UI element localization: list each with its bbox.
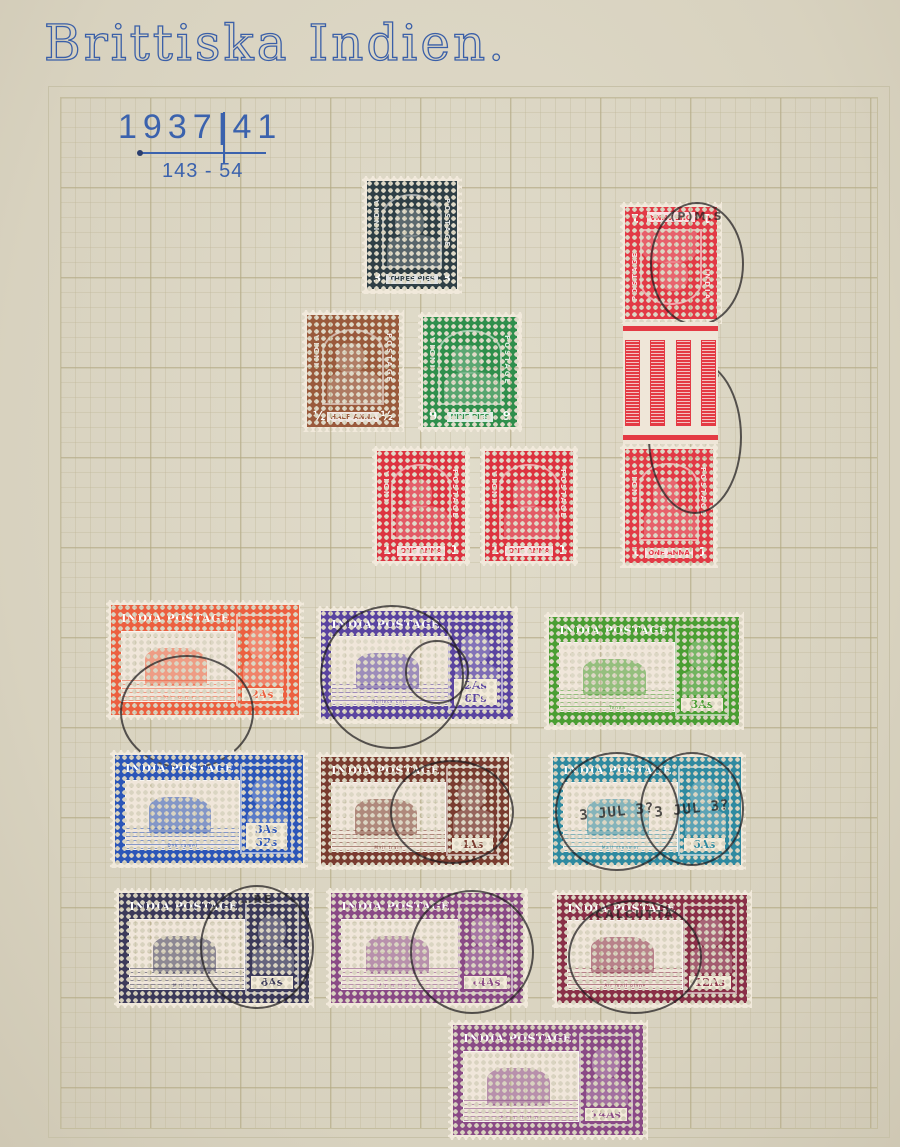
stamp-value-row: 3 THREE PIES 3 [370, 272, 454, 284]
scene-subject [587, 799, 649, 836]
king-portrait: 12As [683, 904, 737, 994]
portrait-bust [644, 506, 697, 538]
portrait-head [688, 640, 716, 669]
stamp-corner-value: ½ [313, 410, 325, 422]
stamp-scene: Bullock cart [331, 636, 448, 705]
scene-caption: Mail lorry [130, 983, 244, 988]
scene-caption: Bullock cart [332, 699, 447, 704]
portrait-head [248, 628, 276, 658]
portrait-head [395, 208, 424, 237]
portrait-bust [444, 372, 500, 403]
stamp-country-right: POSTAGE [559, 469, 567, 519]
stamp-country: INDIA POSTAGE [567, 902, 681, 915]
stamp-country: INDIA POSTAGE [331, 618, 446, 631]
stamp-country-right: POSTAGE [451, 469, 459, 519]
stamp-scene: Air mail plane [567, 920, 683, 989]
portrait-head [690, 780, 718, 809]
page-title: Brittiska Indien. [44, 14, 507, 72]
stamp-s15: INDIA POSTAGE Air mail plane 14As [326, 888, 528, 1008]
stamp-country: INDIA POSTAGE [341, 900, 456, 913]
stamp-frame: INDIA POSTAGE Dak runner 2As [111, 605, 299, 715]
stamp-value-row: 1 ONE ANNA 1 [488, 544, 570, 556]
scene-subject [149, 797, 211, 834]
scene-subject [356, 653, 419, 690]
gutter-bar-top [623, 326, 718, 331]
scene-subject [366, 936, 429, 974]
scene-caption: Mail train [332, 845, 445, 850]
stamp-frame: INDIA POSTAGE Air mail plane 14As [331, 893, 523, 1003]
portrait-head [336, 343, 365, 373]
scene-subject [153, 936, 216, 974]
stamp-country-left: INDIA [491, 469, 499, 501]
scene-caption: Air mail plane [568, 983, 682, 988]
scene-subject [145, 648, 207, 686]
portrait-head [659, 261, 688, 291]
scene-caption: Mail steamer [564, 845, 677, 850]
stamp-country-left: INDIA [429, 335, 437, 367]
stamp-value-name: ONE ANNA [645, 548, 693, 558]
stamp-s5: INDIA POSTAGE 1 ONE ANNA 1 [480, 446, 578, 566]
portrait-bust [682, 669, 724, 695]
stamp-value-row: 9 NINE PIES 9 [426, 410, 514, 422]
portrait-bust [685, 809, 726, 835]
stamp-country: INDIA POSTAGE [559, 624, 673, 637]
king-portrait: 2As 6Ps [448, 620, 502, 710]
scene-caption: Air mail plane [342, 983, 457, 988]
stamp-frame: INDIA POSTAGE Mail steamer 6As [553, 757, 741, 865]
scene-subject [355, 799, 417, 836]
portrait-head [258, 916, 286, 946]
stamp-s3: INDIA POSTAGE 9 NINE PIES 9 [418, 312, 522, 432]
king-portrait: 3As [675, 626, 729, 716]
stamp-value-name: NINE PIES [447, 412, 492, 422]
portrait-bust [396, 506, 449, 537]
stamp-country-left: INDIA [313, 333, 321, 365]
stamp-corner-value: 9 [429, 410, 437, 422]
stamp-country: INDIA POSTAGE [463, 1032, 577, 1045]
stamp-frame: INDIA POSTAGE Air mail plane 14As [453, 1025, 643, 1135]
king-portrait: 8As [245, 902, 299, 994]
stamp-s2: INDIA POSTAGE ½ HALF ANNA ½ [302, 310, 404, 432]
stamp-frame: INDIA POSTAGE 9 NINE PIES 9 [423, 317, 517, 427]
king-portrait: 14As [458, 902, 512, 994]
king-portrait: 6As [678, 766, 731, 856]
gutter-stripe [701, 340, 716, 426]
portrait-head [696, 918, 724, 947]
stamp-country-left: INDIA [631, 467, 639, 499]
stamp-value-name: HALF ANNA [327, 412, 379, 422]
stamp-corner-value: 1 [383, 544, 391, 556]
stamp-value-row: 1 ONE ANNA 1 [628, 212, 714, 224]
portrait-head [452, 345, 482, 374]
stamp-corner-value: 1 [699, 546, 707, 558]
portrait-head [458, 780, 486, 809]
stamp-s8: INDIA POSTAGE Dak runner 2As [106, 600, 304, 720]
stamp-corner-value: 3 [443, 272, 451, 284]
stamp-s1: INDIA POSTAGE 3 THREE PIES 3 [362, 176, 462, 294]
stamp-country-left: INDIA [703, 269, 711, 301]
stamp-corner-value: 3 [373, 272, 381, 284]
stamp-frame: INDIA POSTAGE Mail train 4As [321, 757, 509, 865]
stamp-country-left: INDIA [373, 198, 381, 230]
stamp-frame: INDIA POSTAGE 3 THREE PIES 3 [367, 181, 457, 289]
stamp-s13: INDIA POSTAGE Mail steamer 6As [548, 752, 746, 870]
stamp-scene: Tonga [559, 642, 675, 711]
king-portrait: 2As [236, 614, 289, 706]
portrait-bust [465, 946, 507, 972]
stamp-scene: Air mail plane [341, 919, 458, 990]
catalogue-range: 143 - 54 [162, 160, 243, 183]
stamp-country-right: POSTAGE [385, 333, 393, 383]
stamp-frame: INDIA POSTAGE 1 ONE ANNA 1 [625, 449, 713, 563]
portrait-bust [252, 946, 294, 972]
portrait-bust [642, 231, 697, 263]
stamp-value-name: ONE ANNA [647, 212, 695, 222]
stamp-s11: INDIA POSTAGE Dak camel 3As 6Ps [110, 750, 308, 868]
stamp-frame: INDIA POSTAGE 1 ONE ANNA 1 [377, 451, 465, 561]
portrait-bust [504, 506, 557, 537]
stamp-value-name: THREE PIES [386, 274, 438, 284]
gutter-margin [623, 322, 718, 444]
portrait-bust [243, 658, 284, 684]
stamp-scene: Mail train [331, 782, 446, 851]
scene-subject [583, 659, 646, 696]
stamp-corner-value: 1 [631, 546, 639, 558]
stamp-s16: INDIA POSTAGE Air mail plane 12As [552, 890, 752, 1008]
stamp-value: 3As [681, 698, 723, 711]
stamp-country: INDIA POSTAGE [125, 762, 238, 775]
portrait-head [461, 634, 489, 663]
stamp-value-row: 1 ONE ANNA 1 [628, 546, 710, 558]
scene-subject [591, 937, 654, 974]
stamp-corner-value: 1 [451, 544, 459, 556]
stamp-corner-value: 1 [703, 212, 711, 224]
portrait-head [592, 1048, 620, 1078]
stamp-country-right: POSTAGE [699, 467, 707, 517]
stamp-corner-value: 1 [559, 544, 567, 556]
stamp-country-right: POSTAGE [503, 335, 511, 385]
stamp-frame: INDIA POSTAGE ½ HALF ANNA ½ [307, 315, 399, 427]
portrait-head [653, 478, 681, 508]
stamp-corner-value: ½ [381, 410, 393, 422]
stamp-country-right: POSTAGE [443, 198, 451, 248]
stamp-frame: INDIA POSTAGE Tonga 3As [549, 617, 739, 725]
stamp-value-name: ONE ANNA [397, 546, 445, 556]
ink-dot [137, 150, 143, 156]
gutter-bar-bottom [623, 435, 718, 440]
stamp-value: 12As [689, 976, 731, 989]
gutter-stripes [625, 340, 716, 426]
gutter-stripe [676, 340, 691, 426]
scene-caption: Tonga [560, 705, 674, 710]
portrait-bust [387, 235, 441, 266]
stamp-country: INDIA POSTAGE [121, 612, 234, 625]
stamp-scene: Mail lorry [129, 919, 245, 990]
stamp-value: 14As [464, 976, 506, 989]
portrait-bust [453, 809, 494, 835]
stamp-frame: INDIA POSTAGE 1 ONE ANNA 1 [625, 207, 717, 319]
stamp-value-name: ONE ANNA [505, 546, 553, 556]
portrait-head [513, 479, 541, 508]
stamp-country: INDIA POSTAGE [563, 764, 676, 777]
king-portrait: 4As [446, 766, 499, 856]
stamp-scene: Dak runner [121, 631, 236, 702]
scene-caption: Dak camel [126, 843, 239, 848]
stamp-frame: INDIA POSTAGE 1 ONE ANNA 1 [485, 451, 573, 561]
portrait-head [471, 916, 499, 946]
stamp-value: 8As [251, 976, 293, 989]
gutter-stripe [625, 340, 640, 426]
scene-subject [487, 1068, 550, 1106]
portrait-bust [327, 371, 382, 403]
stamp-corner-value: 9 [503, 410, 511, 422]
gutter-stripe [650, 340, 665, 426]
stamp-value-row: ½ HALF ANNA ½ [310, 410, 396, 422]
period-divider [223, 112, 225, 164]
stamp-s4: INDIA POSTAGE 1 ONE ANNA 1 [372, 446, 470, 566]
period-underline [140, 152, 266, 154]
stamp-s10: INDIA POSTAGE Tonga 3As [544, 612, 744, 730]
portrait-bust [586, 1078, 628, 1104]
stamp-value: 2As 6Ps [454, 679, 496, 705]
stamp-corner-value: 1 [631, 212, 639, 224]
album-page: Brittiska Indien. 1937|41 143 - 54 INDIA… [0, 0, 900, 1147]
stamp-s17: INDIA POSTAGE Air mail plane 14As [448, 1020, 648, 1140]
stamp-value: 6As [684, 838, 725, 851]
stamp-s7: INDIA POSTAGE 1 ONE ANNA 1 [620, 444, 718, 568]
stamp-value: 3As 6Ps [246, 823, 287, 849]
stamp-s6: INDIA POSTAGE 1 ONE ANNA 1 [620, 202, 722, 324]
portrait-head [252, 778, 280, 807]
stamp-country: INDIA POSTAGE [331, 764, 444, 777]
stamp-corner-value: 1 [491, 544, 499, 556]
stamp-scene: Mail steamer [563, 782, 678, 851]
stamp-frame: INDIA POSTAGE Mail lorry 8As [119, 893, 309, 1003]
stamp-frame: INDIA POSTAGE Dak camel 3As 6Ps [115, 755, 303, 863]
scene-caption: Air mail plane [464, 1115, 578, 1120]
portrait-bust [690, 947, 732, 973]
king-portrait: 14As [579, 1034, 633, 1126]
stamp-country-right: POSTAGE [631, 251, 639, 301]
stamp-s9: INDIA POSTAGE Bullock cart 2As 6Ps [316, 606, 518, 724]
stamp-value-row: 1 ONE ANNA 1 [380, 544, 462, 556]
stamp-country: INDIA POSTAGE [129, 900, 243, 913]
period-label: 1937|41 [118, 108, 282, 147]
stamp-scene: Air mail plane [463, 1051, 579, 1122]
stamp-value: 2As [242, 688, 283, 701]
stamp-value: 4As [452, 838, 493, 851]
portrait-head [405, 479, 433, 508]
king-portrait: 3As 6Ps [240, 764, 293, 854]
stamp-country-left: INDIA [383, 469, 391, 501]
stamp-frame: INDIA POSTAGE Air mail plane 12As [557, 895, 747, 1003]
stamp-frame: INDIA POSTAGE Bullock cart 2As 6Ps [321, 611, 513, 719]
stamp-scene: Dak camel [125, 780, 240, 849]
scene-caption: Dak runner [122, 695, 235, 700]
stamp-s14: INDIA POSTAGE Mail lorry 8As [114, 888, 314, 1008]
stamp-s12: INDIA POSTAGE Mail train 4As [316, 752, 514, 870]
stamp-value: 14As [585, 1108, 627, 1121]
